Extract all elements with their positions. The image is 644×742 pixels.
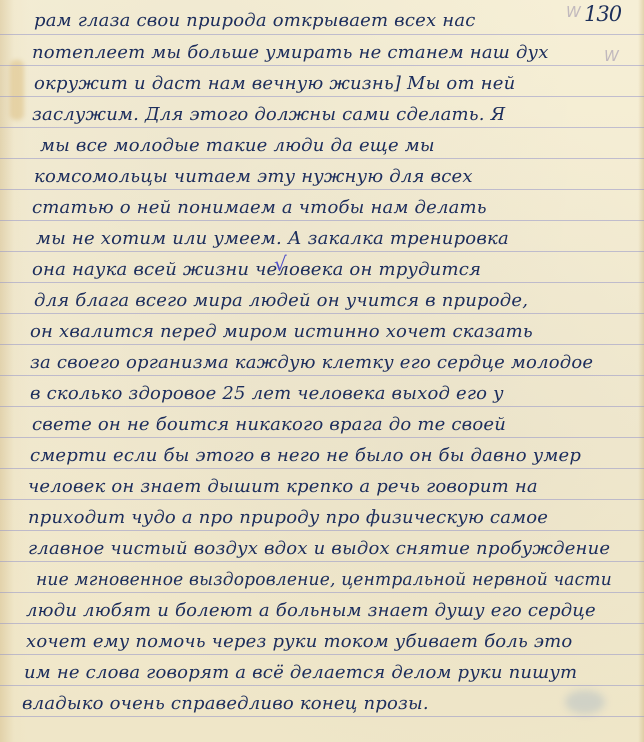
ruled-line xyxy=(0,189,644,190)
ruled-line xyxy=(0,468,644,469)
ruled-line xyxy=(0,65,644,66)
text-line: люди любят и болеют а больным знает душу… xyxy=(26,600,596,621)
pencil-margin-mark: W xyxy=(604,47,619,65)
text-line: окружит и даст нам вечную жизнь] Мы от н… xyxy=(34,73,515,94)
text-line: главное чистый воздух вдох и выдох сняти… xyxy=(28,538,610,559)
ruled-line xyxy=(0,530,644,531)
text-line: за своего организма каждую клетку его се… xyxy=(30,352,593,373)
text-line: для блага всего мира людей он учится в п… xyxy=(34,290,528,311)
correction-checkmark: √ xyxy=(274,252,287,276)
text-line: им не слова говорят а всё делается делом… xyxy=(24,662,577,683)
text-line: заслужим. Для этого должны сами сделать.… xyxy=(32,104,505,125)
ruled-line xyxy=(0,34,644,35)
text-line: она наука всей жизни человека он трудитс… xyxy=(32,259,481,280)
ruled-line xyxy=(0,96,644,97)
pencil-margin-mark: W xyxy=(566,3,581,21)
ruled-line xyxy=(0,561,644,562)
ruled-line xyxy=(0,685,644,686)
text-line: он хвалится перед миром истинно хочет ск… xyxy=(30,321,533,342)
text-line: приходит чудо а про природу про физическ… xyxy=(28,507,548,528)
ruled-line xyxy=(0,406,644,407)
text-line: в сколько здоровое 25 лет человека выход… xyxy=(30,383,504,404)
text-line: статью о ней понимаем а чтобы нам делать xyxy=(32,197,487,218)
ruled-line xyxy=(0,282,644,283)
ruled-line xyxy=(0,375,644,376)
page-number: 130 xyxy=(584,2,621,26)
ruled-line xyxy=(0,437,644,438)
text-line: мы все молодые такие люди да еще мы xyxy=(40,135,435,156)
text-line: рам глаза свои природа открывает всех на… xyxy=(34,10,476,31)
ruled-line xyxy=(0,623,644,624)
ruled-line xyxy=(0,499,644,500)
text-line: хочет ему помочь через руки током убивае… xyxy=(26,631,572,652)
text-line: свете он не боится никакого врага до те … xyxy=(32,414,506,435)
ruled-line xyxy=(0,716,644,717)
ruled-line xyxy=(0,158,644,159)
text-line: ние мгновенное выздоровление, центрально… xyxy=(36,569,612,590)
page-edge xyxy=(638,0,644,742)
ruled-line xyxy=(0,127,644,128)
ruled-line xyxy=(0,654,644,655)
text-line: комсомольцы читаем эту нужную для всех xyxy=(34,166,473,187)
ruled-line xyxy=(0,344,644,345)
margin-stain xyxy=(10,60,24,120)
text-line: владыко очень справедливо конец прозы. xyxy=(22,693,429,714)
ruled-line xyxy=(0,220,644,221)
text-line: мы не хотим или умеем. А закалка трениро… xyxy=(36,228,509,249)
ruled-line xyxy=(0,251,644,252)
text-line: смерти если бы этого в него не было он б… xyxy=(30,445,581,466)
text-line: потеплеет мы больше умирать не станем на… xyxy=(32,42,549,63)
ruled-line xyxy=(0,592,644,593)
ruled-line xyxy=(0,313,644,314)
notebook-page: W W 130 рам глаза свои природа открывает… xyxy=(0,0,644,742)
text-line: человек он знает дышит крепко а речь гов… xyxy=(28,476,538,497)
ink-smudge xyxy=(565,690,605,714)
